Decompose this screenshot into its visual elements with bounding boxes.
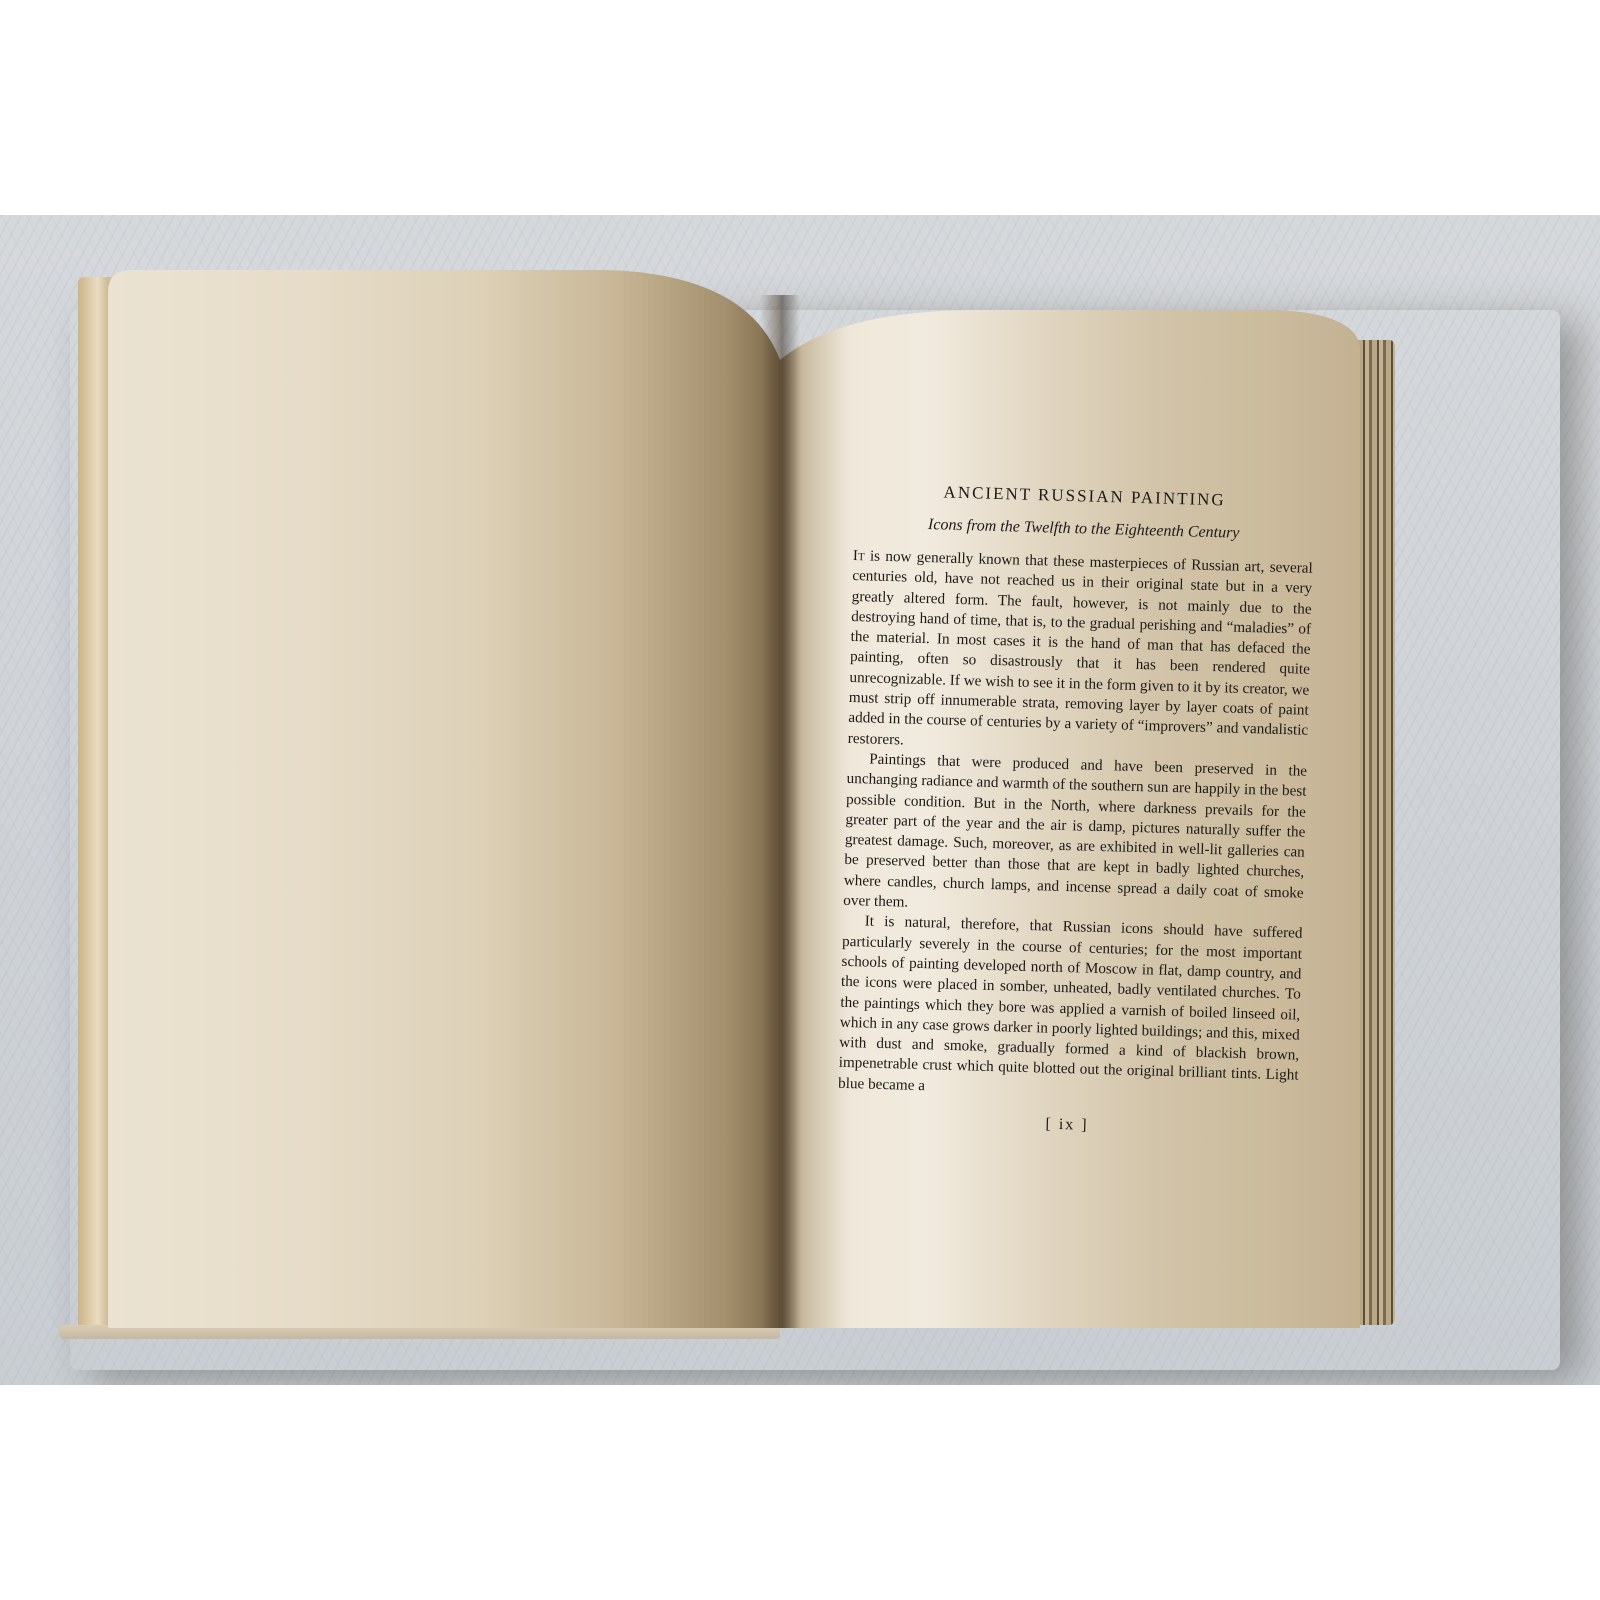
paragraph-lead-word: It — [853, 547, 865, 564]
paragraph-1: It is now generally known that these mas… — [847, 546, 1312, 762]
right-page-block-edges — [1355, 340, 1395, 1325]
bottom-white-band — [0, 1385, 1600, 1600]
paragraph-1-text: is now generally known that these master… — [848, 547, 1313, 748]
book-gutter — [760, 295, 800, 1328]
chapter-subtitle: Icons from the Twelfth to the Eighteenth… — [854, 514, 1314, 545]
left-page-blank — [108, 270, 780, 1328]
photo-scene: ANCIENT RUSSIAN PAINTING Icons from the … — [0, 0, 1600, 1600]
paragraph-3: It is natural, therefore, that Russian i… — [838, 911, 1303, 1106]
right-page-text: ANCIENT RUSSIAN PAINTING Icons from the … — [837, 480, 1315, 1141]
paragraph-2: Paintings that were produced and have be… — [843, 749, 1307, 924]
table-surface: ANCIENT RUSSIAN PAINTING Icons from the … — [0, 215, 1600, 1385]
